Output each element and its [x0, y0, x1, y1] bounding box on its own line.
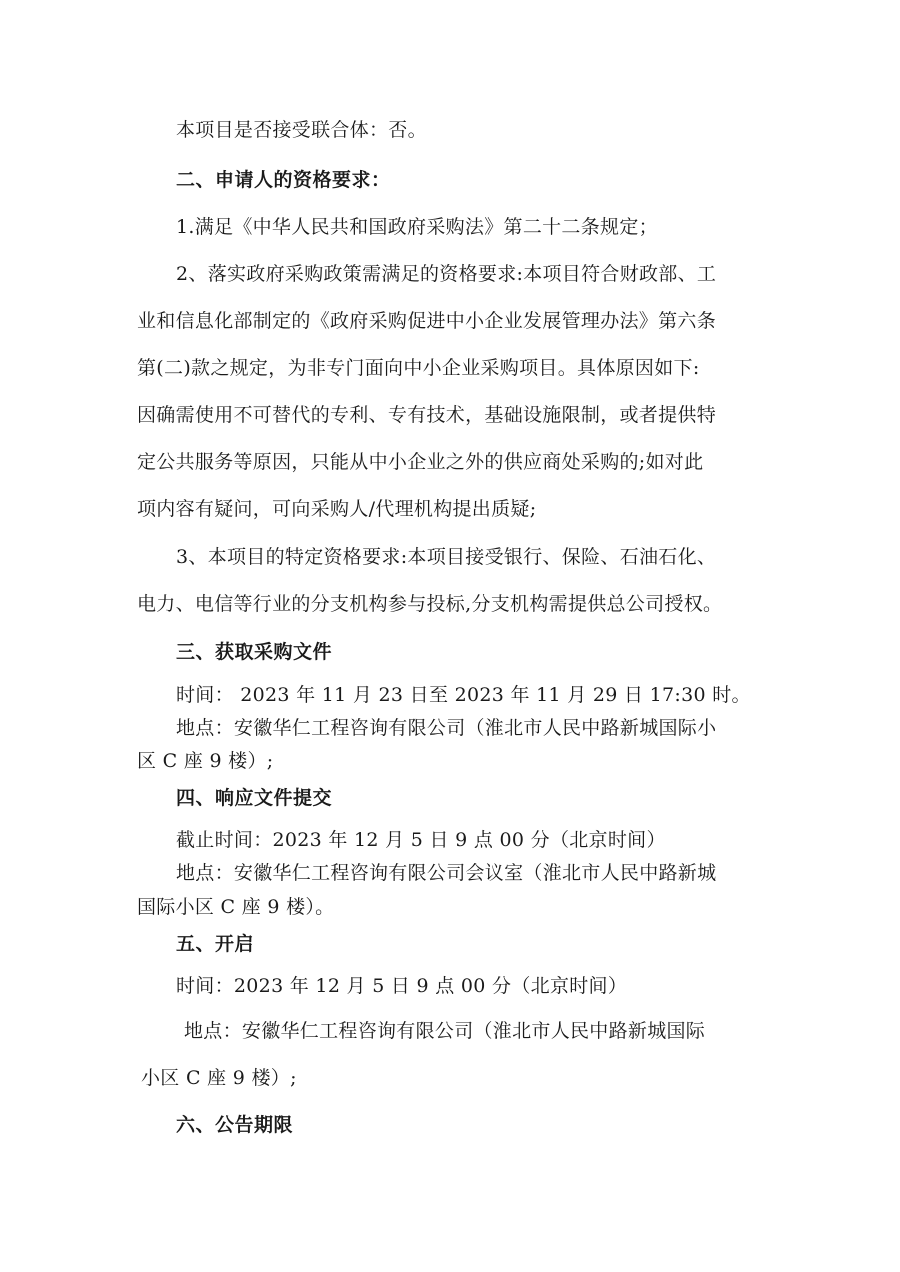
consortium-statement: 本项目是否接受联合体：否。 — [176, 118, 427, 142]
section-heading-opening: 五、开启 — [176, 932, 254, 956]
paragraph-line: 第(二)款之规定，为非专门面向中小企业采购项目。具体原因如下: — [137, 356, 700, 380]
opening-location-line: 小区 C 座 9 楼）; — [141, 1066, 297, 1090]
paragraph-line: 项内容有疑问，可向采购人/代理机构提出质疑; — [137, 497, 536, 521]
document-page: 本项目是否接受联合体：否。 二、申请人的资格要求： 1.满足《中华人民共和国政府… — [0, 0, 900, 1272]
paragraph-line: 因确需使用不可替代的专利、专有技术，基础设施限制，或者提供特 — [137, 403, 716, 427]
submission-deadline: 截止时间：2023 年 12 月 5 日 9 点 00 分（北京时间） — [176, 828, 666, 852]
paragraph-line: 定公共服务等原因，只能从中小企业之外的供应商处采购的;如对此 — [137, 450, 703, 474]
submission-location-line: 国际小区 C 座 9 楼）。 — [137, 895, 335, 919]
opening-time: 时间：2023 年 12 月 5 日 9 点 00 分（北京时间） — [176, 974, 627, 998]
submission-location-line: 地点：安徽华仁工程咨询有限公司会议室（淮北市人民中路新城 — [176, 861, 716, 885]
paragraph-line: 2、落实政府采购政策需满足的资格要求:本项目符合财政部、工 — [176, 262, 716, 286]
qualification-item-1: 1.满足《中华人民共和国政府采购法》第二十二条规定； — [176, 215, 658, 239]
paragraph-line: 电力、电信等行业的分支机构参与投标,分支机构需提供总公司授权。 — [137, 592, 722, 616]
section-heading-qualifications: 二、申请人的资格要求： — [176, 168, 391, 192]
opening-location-line: 地点：安徽华仁工程咨询有限公司（淮北市人民中路新城国际 — [184, 1019, 705, 1043]
paragraph-line: 3、本项目的特定资格要求:本项目接受银行、保险、石油石化、 — [176, 545, 716, 569]
obtain-documents-location-line: 区 C 座 9 楼）; — [137, 749, 274, 773]
section-heading-notice-period: 六、公告期限 — [176, 1113, 293, 1137]
paragraph-line: 业和信息化部制定的《政府采购促进中小企业发展管理办法》第六条 — [137, 309, 716, 333]
obtain-documents-location-line: 地点：安徽华仁工程咨询有限公司（淮北市人民中路新城国际小 — [176, 716, 716, 740]
section-heading-response-submission: 四、响应文件提交 — [176, 786, 332, 810]
obtain-documents-time: 时间： 2023 年 11 月 23 日至 2023 年 11 月 29 日 1… — [176, 683, 751, 707]
section-heading-obtain-documents: 三、获取采购文件 — [176, 640, 332, 664]
